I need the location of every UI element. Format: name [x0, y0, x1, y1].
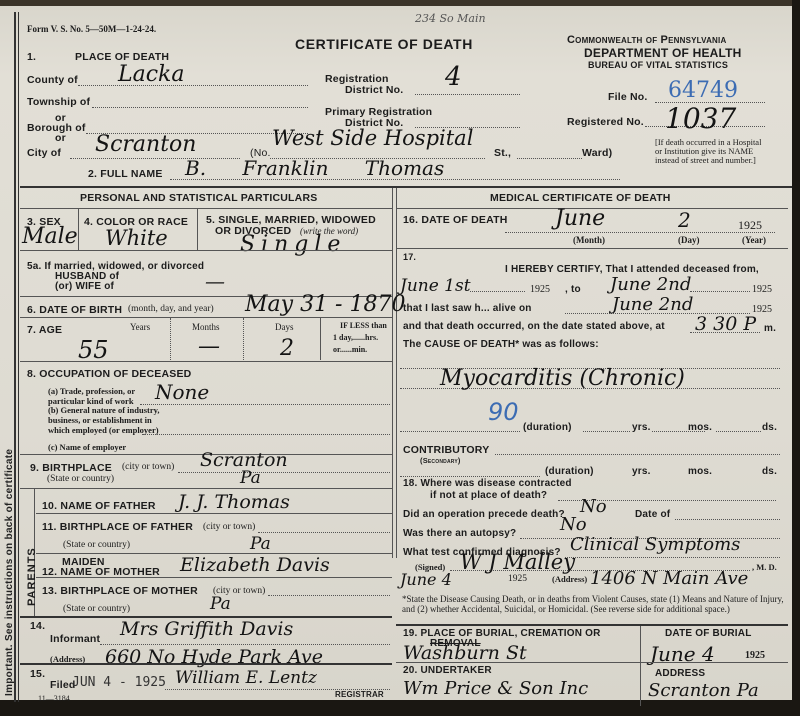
- top-note: 234 So Main: [415, 12, 486, 25]
- informant-number: 14.: [30, 620, 45, 632]
- dod-month: June: [555, 206, 605, 231]
- registrar-label: REGISTRAR: [335, 690, 384, 699]
- yrs-label-2: yrs.: [632, 466, 651, 477]
- county-label: County of: [27, 74, 78, 86]
- rule: [36, 577, 392, 578]
- contracted-label2: if not at place of death?: [430, 490, 547, 501]
- test-value: Clinical Symptoms: [570, 534, 740, 555]
- dod-year: 1925: [738, 218, 762, 233]
- state-label: (State or country): [63, 540, 130, 550]
- death-time-value: 3 30 P: [695, 313, 756, 335]
- county-line: [78, 85, 308, 86]
- reg-district-label2: District No.: [345, 84, 403, 96]
- state-label: (State or country): [63, 604, 130, 614]
- footnote: *State the Disease Causing Death, or in …: [402, 594, 787, 614]
- days-label: Days: [275, 322, 294, 332]
- spouse-value: —: [205, 269, 225, 293]
- burial-place-value: Washburn St: [403, 642, 527, 664]
- from-year: 1925: [530, 284, 550, 295]
- informant-value: Mrs Griffith Davis: [120, 618, 293, 640]
- city-value: Scranton: [95, 132, 196, 157]
- column-divider-2: [396, 188, 397, 558]
- reg-district-value: 4: [445, 62, 462, 92]
- mother-bp-line: [268, 595, 390, 596]
- signed-date: June 4: [400, 570, 452, 589]
- yrs-label: yrs.: [632, 422, 651, 433]
- rule: [78, 208, 79, 250]
- attended-to: June 2nd: [610, 274, 691, 295]
- agency-line2: DEPARTMENT OF HEALTH: [584, 46, 742, 60]
- test-line: [565, 557, 780, 558]
- cause-value: Myocarditis (Chronic): [440, 366, 685, 391]
- date-of-line: [675, 519, 780, 520]
- mos-label-2: mos.: [688, 466, 712, 477]
- contributory-line: [495, 454, 780, 455]
- death-certificate: Important. See instructions on back of c…: [0, 0, 792, 700]
- rule: [20, 250, 392, 251]
- agency-line1: Commonwealth of Pennsylvania: [567, 34, 726, 46]
- rule: [396, 662, 788, 663]
- burial-divider: [640, 626, 641, 706]
- father-bp-hint: (city or town): [203, 522, 255, 532]
- rule: [396, 624, 788, 626]
- dob-value: May 31 - 1870: [245, 292, 405, 317]
- dod-line: [505, 232, 775, 233]
- city-label: City of: [27, 147, 61, 159]
- mos-label: mos.: [688, 422, 712, 433]
- rule: [396, 248, 788, 249]
- mother-bp-state: Pa: [210, 594, 231, 614]
- to-year: 1925: [752, 284, 772, 295]
- md-label: , M. D.: [752, 562, 777, 572]
- last-saw-value: June 2nd: [612, 294, 693, 315]
- birthplace-label: 9. BIRTHPLACE: [30, 462, 112, 474]
- hospital-note: [If death occurred in a Hospital or Inst…: [655, 138, 767, 165]
- death-time-label: and that death occurred, on the date sta…: [403, 321, 665, 332]
- sex-value: Male: [22, 224, 78, 249]
- autopsy-label: Was there an autopsy?: [403, 528, 516, 539]
- form-id: Form V. S. No. 5—50M—1-24-24.: [27, 24, 156, 34]
- cause-label: The CAUSE OF DEATH* was as follows:: [403, 339, 599, 350]
- ds-line: [716, 431, 761, 432]
- form-code: 11—3184: [38, 694, 70, 703]
- ds-label-2: ds.: [762, 466, 777, 477]
- county-value: Lacka: [118, 62, 185, 87]
- registered-no-value: 1037: [665, 102, 736, 135]
- rule: [20, 361, 392, 362]
- duration-label: (duration): [523, 422, 572, 433]
- birthplace-line: [178, 472, 390, 473]
- page-title: CERTIFICATE OF DEATH: [295, 36, 473, 52]
- rule: [20, 317, 392, 318]
- file-no-label: File No.: [608, 91, 648, 103]
- father-bp-state: Pa: [250, 534, 271, 554]
- personal-header: PERSONAL AND STATISTICAL PARTICULARS: [80, 192, 317, 204]
- township-line: [92, 107, 308, 108]
- reg-district-line: [415, 94, 520, 95]
- informant-line: [100, 644, 390, 645]
- rule: [20, 663, 392, 665]
- full-name-value: B. Franklin Thomas: [185, 156, 444, 180]
- duration-line-2: [400, 476, 540, 477]
- or-label: or: [55, 132, 66, 144]
- mother-value: Elizabeth Davis: [180, 554, 330, 576]
- less-label: IF LESS than: [340, 321, 387, 330]
- signed-address-value: 1406 N Main Ave: [590, 568, 748, 589]
- primary-reg-line: [415, 127, 520, 128]
- attended-from-line: [470, 291, 525, 292]
- secondary-label: (Secondary): [420, 456, 461, 465]
- months-value: —: [198, 334, 220, 359]
- dod-day: 2: [678, 208, 691, 232]
- undertaker-address-label: ADDRESS: [655, 668, 705, 679]
- dob-label: 6. DATE OF BIRTH: [27, 304, 122, 316]
- undertaker-value: Wm Price & Son Inc: [403, 678, 588, 699]
- contracted-label: 18. Where was disease contracted: [403, 478, 572, 489]
- rule: [20, 488, 392, 489]
- duration-label-2: (duration): [545, 466, 594, 477]
- rule: [320, 318, 321, 360]
- st-label: St.,: [494, 147, 511, 159]
- signed-year: 1925: [508, 574, 527, 584]
- section-number-17: 17.: [403, 252, 416, 262]
- file-no-value: 64749: [668, 78, 738, 103]
- days-value: 2: [280, 336, 294, 361]
- hospital-value: West Side Hospital: [272, 126, 473, 150]
- occ-c-label: (c) Name of employer: [48, 442, 126, 452]
- year-hint: (Year): [742, 235, 766, 245]
- contributory-label: CONTRIBUTORY: [403, 444, 489, 456]
- mother-birthplace-label: 13. BIRTHPLACE OF MOTHER: [42, 585, 198, 597]
- dod-label: 16. DATE OF DEATH: [403, 214, 508, 226]
- occ-b-line: [142, 434, 390, 435]
- occ-a-line: [140, 404, 390, 405]
- ds-label: ds.: [762, 422, 777, 433]
- signed-address-label: (Address): [552, 574, 587, 584]
- years-value: 55: [78, 336, 109, 364]
- yrs-line: [583, 431, 630, 432]
- primary-reg-label2: District No.: [345, 117, 403, 129]
- attended-from: June 1st: [400, 276, 471, 296]
- occ-b2-label: business, or establishment in: [48, 415, 152, 425]
- to-label: , to: [565, 284, 581, 295]
- undertaker-label: 20. UNDERTAKER: [403, 665, 492, 676]
- occupation-label: 8. OCCUPATION OF DECEASED: [27, 368, 191, 380]
- marital-value: Single: [240, 232, 346, 257]
- rule: [20, 208, 392, 209]
- less-min: or......min.: [333, 345, 367, 354]
- operation-label: Did an operation precede death?: [403, 509, 565, 520]
- ward-label: Ward): [582, 147, 612, 159]
- last-saw-label: that I last saw h... alive on: [403, 303, 532, 314]
- state-label: (State or country): [47, 474, 114, 484]
- birthplace-state-value: Pa: [240, 468, 261, 488]
- rule: [243, 318, 244, 360]
- cause-code: 90: [488, 398, 519, 426]
- occupation-value: None: [155, 380, 209, 404]
- ward-line: [517, 158, 582, 159]
- occ-a-label: (a) Trade, profession, or: [48, 386, 135, 396]
- occ-b-label: (b) General nature of industry,: [48, 405, 160, 415]
- physician-signature: W J Malley: [460, 550, 575, 574]
- rule: [197, 208, 198, 250]
- month-hint: (Month): [573, 235, 605, 245]
- informant-label: Informant: [50, 633, 100, 645]
- attended-to-line: [690, 291, 750, 292]
- months-label: Months: [192, 322, 220, 332]
- rule: [36, 513, 392, 514]
- filed-date: JUN 4 - 1925: [72, 675, 166, 690]
- burial-date-label: DATE OF BURIAL: [665, 628, 752, 639]
- registrar-signature: William E. Lentz: [175, 668, 317, 688]
- section-number-1: 1.: [27, 51, 36, 63]
- spouse-label3: (or) WIFE of: [55, 281, 114, 292]
- medical-header: MEDICAL CERTIFICATE OF DEATH: [490, 192, 671, 204]
- age-label: 7. AGE: [27, 324, 62, 336]
- father-label: 10. NAME OF FATHER: [42, 500, 156, 512]
- father-birthplace-label: 11. BIRTHPLACE OF FATHER: [42, 521, 193, 533]
- m-label: m.: [764, 323, 776, 334]
- father-value: J. J. Thomas: [178, 491, 290, 513]
- duration-line: [400, 431, 520, 432]
- dob-hint: (month, day, and year): [128, 304, 214, 314]
- birthplace-hint: (city or town): [122, 462, 174, 472]
- agency-line3: BUREAU OF VITAL STATISTICS: [588, 60, 728, 70]
- date-of-label: Date of: [635, 509, 670, 520]
- race-value: White: [105, 226, 168, 250]
- frame-top: [20, 186, 792, 188]
- burial-year: 1925: [745, 650, 765, 661]
- township-label: Township of: [27, 96, 90, 108]
- autopsy-value: No: [560, 514, 587, 535]
- day-hint: (Day): [678, 235, 700, 245]
- years-label: Years: [130, 322, 150, 332]
- registered-no-label: Registered No.: [567, 116, 644, 128]
- rule: [170, 318, 171, 360]
- undertaker-address-value: Scranton Pa: [648, 680, 759, 701]
- filed-number: 15.: [30, 668, 45, 680]
- full-name-label: 2. FULL NAME: [88, 168, 163, 180]
- less-hrs: 1 day,......hrs.: [333, 333, 378, 342]
- margin-note: Important. See instructions on back of c…: [4, 449, 15, 696]
- margin-rule-inner: [18, 12, 19, 702]
- father-bp-line: [258, 532, 390, 533]
- column-divider: [392, 188, 393, 558]
